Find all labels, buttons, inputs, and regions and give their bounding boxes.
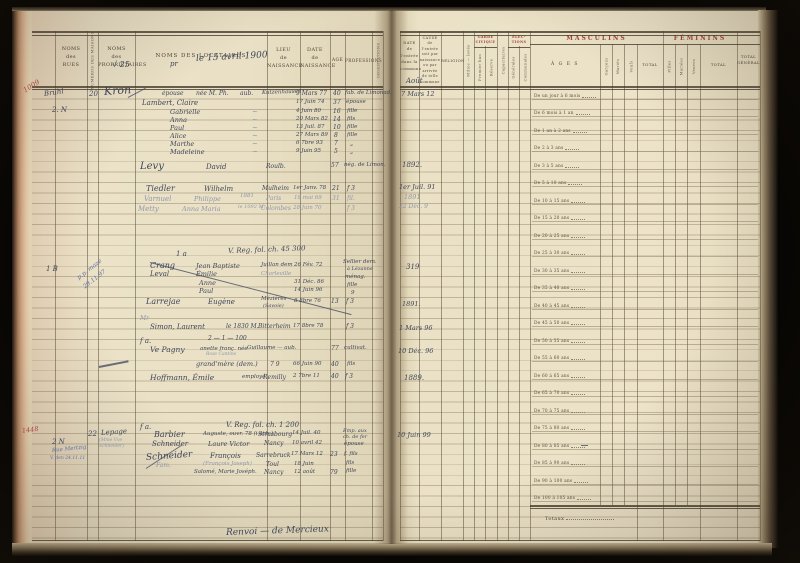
dotted-leader bbox=[571, 272, 585, 273]
age-range-label: De 60 à 65 ans bbox=[532, 374, 569, 379]
register-book-photo: NOMS des RUES NUMÉROS DES MAISONS NOMS d… bbox=[0, 0, 800, 563]
age-range-label: De 10 à 15 ans bbox=[532, 199, 569, 204]
handwritten-entry: Philippe bbox=[194, 195, 221, 203]
handwritten-entry: épouse bbox=[162, 90, 184, 97]
handwritten-entry: 17 8bre 78 bbox=[293, 323, 323, 329]
handwritten-entry: Colombes bbox=[261, 205, 291, 212]
age-range-label: De 70 à 75 ans bbox=[532, 409, 569, 414]
age-row: De 70 à 75 ans bbox=[532, 397, 758, 415]
handwritten-entry: ~ bbox=[252, 148, 258, 156]
handwritten-entry: Alice bbox=[170, 132, 186, 140]
handwritten-entry: Schneider) bbox=[99, 444, 124, 449]
age-row: De 75 à 80 ans bbox=[532, 415, 758, 433]
age-row: De 85 à 90 ans bbox=[532, 450, 758, 468]
column-rule bbox=[463, 31, 464, 541]
handwritten-entry: 1er Janv. 78 bbox=[293, 185, 326, 191]
handwritten-entry: Levy bbox=[140, 161, 164, 172]
handwritten-entry: „ bbox=[350, 148, 353, 155]
handwritten-entry: Guillaume bbox=[247, 345, 276, 351]
handwritten-entry: le 1830 M. bbox=[226, 323, 259, 330]
dotted-leader bbox=[571, 412, 585, 413]
handwritten-entry: 40 bbox=[331, 361, 339, 368]
handwritten-entry: √ 25 bbox=[112, 60, 130, 69]
dotted-leader bbox=[568, 184, 582, 185]
handwritten-entry: épouse bbox=[346, 99, 366, 105]
strike-mark bbox=[581, 445, 588, 446]
handwritten-entry: Fam. bbox=[156, 462, 171, 469]
age-row: De 6 mois à 1 an bbox=[532, 100, 758, 118]
column-rule bbox=[497, 31, 498, 541]
handwritten-entry: f 3 bbox=[347, 185, 355, 192]
handwritten-entry: 66 Juin 90 bbox=[293, 361, 322, 367]
handwritten-entry: Nancy bbox=[264, 440, 283, 447]
handwritten-entry: Rose Cantine bbox=[206, 352, 236, 357]
table-rule bbox=[400, 35, 760, 36]
handwritten-entry: Juillan dem bbox=[261, 262, 293, 268]
handwritten-entry: fille bbox=[347, 124, 357, 130]
column-rule bbox=[519, 46, 520, 541]
dotted-leader bbox=[565, 167, 579, 168]
handwritten-entry: employé bbox=[242, 374, 265, 380]
column-rule bbox=[135, 31, 136, 541]
column-rule bbox=[474, 31, 475, 541]
column-rule bbox=[330, 31, 331, 541]
handwritten-entry: 1881 bbox=[240, 193, 254, 199]
handwritten-entry: fil. bbox=[347, 195, 355, 202]
handwritten-entry: f 3 bbox=[345, 373, 353, 380]
age-row: De 90 à 100 ans bbox=[532, 467, 758, 485]
dotted-leader bbox=[571, 342, 585, 343]
handwritten-entry: fab. de Limonad. bbox=[345, 90, 392, 96]
handwritten-entry: 8 bbox=[334, 132, 338, 139]
handwritten-entry: 13 bbox=[331, 298, 339, 305]
handwritten-entry: ~ bbox=[252, 124, 258, 132]
age-row: De un jour à 6 mois bbox=[532, 82, 758, 100]
table-rule bbox=[530, 505, 760, 507]
handwritten-entry: f. fils bbox=[344, 451, 358, 457]
handwritten-entry: 1891. bbox=[402, 300, 421, 308]
handwritten-entry: Barbier bbox=[154, 430, 185, 439]
age-range-label: De 5 à 10 ans bbox=[532, 181, 566, 186]
handwritten-entry: ch. de fer bbox=[343, 434, 367, 440]
dotted-leader bbox=[577, 499, 591, 500]
handwritten-entry: 1889. bbox=[404, 374, 424, 382]
handwritten-entry: grand'mère (dem.) bbox=[196, 360, 258, 368]
handwritten-entry: 28 Juin 70 bbox=[293, 205, 322, 211]
handwritten-entry: Wilhelm bbox=[204, 185, 233, 193]
handwritten-entry: 7 Mars 12 bbox=[401, 90, 435, 98]
handwritten-entry: f 3 bbox=[346, 298, 354, 305]
handwritten-entry: 10 Déc. 96 bbox=[398, 347, 433, 355]
age-range-label: De un jour à 6 mois bbox=[532, 94, 580, 99]
handwritten-entry: Anna Maria bbox=[182, 205, 221, 213]
handwritten-entry: Varnuel bbox=[144, 195, 171, 203]
handwritten-entry: 79 bbox=[330, 469, 338, 476]
age-row: De 80 à 85 ans bbox=[532, 432, 758, 450]
age-row: De 35 à 40 ans bbox=[532, 275, 758, 293]
column-rule bbox=[441, 31, 442, 541]
dotted-leader bbox=[571, 447, 585, 448]
handwritten-entry: 10 bbox=[333, 124, 341, 131]
handwritten-entry: Nancy bbox=[264, 469, 283, 476]
age-range-label: De 30 à 35 ans bbox=[532, 269, 569, 274]
handwritten-entry: 10 avril 42 bbox=[292, 440, 322, 446]
age-row: De 40 à 45 ans bbox=[532, 292, 758, 310]
handwritten-entry: Hoffmann, Émile bbox=[150, 373, 214, 382]
handwritten-entry: Paul bbox=[199, 287, 213, 295]
handwritten-entry: Gabrielle bbox=[170, 108, 200, 116]
handwritten-entry: 12 août bbox=[294, 469, 315, 475]
handwritten-entry: Août bbox=[406, 77, 423, 85]
table-rule bbox=[530, 508, 760, 509]
handwritten-entry: f a. bbox=[140, 337, 151, 345]
handwritten-entry: fils bbox=[347, 116, 355, 122]
handwritten-entry: 1er Juil. 91 bbox=[399, 183, 436, 191]
handwritten-entry: née M. Ph. bbox=[196, 90, 229, 97]
handwritten-entry: 2 N bbox=[52, 438, 65, 446]
column-rule bbox=[760, 31, 761, 541]
dotted-leader bbox=[576, 114, 590, 115]
dotted-leader bbox=[571, 429, 585, 430]
handwritten-entry: fille bbox=[347, 282, 357, 288]
handwritten-entry: Paul bbox=[170, 124, 184, 132]
handwritten-entry: 31 Déc. 86 bbox=[294, 279, 324, 285]
table-rule bbox=[32, 540, 383, 541]
age-range-label: De 45 à 50 ans bbox=[532, 321, 569, 326]
handwritten-entry: 18 mai 69 bbox=[294, 195, 322, 201]
age-row: De 3 à 5 ans bbox=[532, 152, 758, 170]
handwritten-entry: aub. bbox=[240, 90, 253, 97]
handwritten-entry: f 3 bbox=[347, 205, 355, 212]
age-range-label: De 20 à 25 ans bbox=[532, 234, 569, 239]
handwritten-entry: 10 Juin 99 bbox=[397, 431, 431, 439]
column-rule bbox=[383, 31, 384, 541]
handwritten-entry: 14 bbox=[333, 116, 341, 123]
handwritten-entry: 37 bbox=[333, 99, 341, 106]
table-rule bbox=[32, 31, 383, 33]
handwritten-entry: Bitterheim bbox=[258, 323, 291, 330]
handwritten-entry: 9 bbox=[351, 290, 355, 296]
table-rule bbox=[530, 44, 760, 45]
handwritten-entry: nég. de Limon. bbox=[344, 162, 386, 168]
handwritten-entry: Eugène bbox=[208, 298, 235, 306]
age-row: De 10 à 15 ans bbox=[532, 187, 758, 205]
handwritten-entry: à Lézanne bbox=[347, 266, 373, 272]
register-reference: V. Reg. fol. ch. 1 200 bbox=[226, 421, 299, 429]
handwritten-entry: Metty bbox=[138, 205, 159, 213]
dotted-leader bbox=[565, 149, 579, 150]
handwritten-entry: „ bbox=[350, 140, 353, 147]
age-range-label: De 2 à 3 ans bbox=[532, 146, 563, 151]
handwritten-entry: f 3 bbox=[346, 323, 354, 330]
age-row: De 5 à 10 ans bbox=[532, 170, 758, 188]
handwritten-entry: ménag. bbox=[345, 274, 366, 280]
handwritten-entry: 9 Juin 95 bbox=[296, 148, 321, 154]
dotted-leader bbox=[573, 132, 587, 133]
age-range-label: De 35 à 40 ans bbox=[532, 286, 569, 291]
house-number: 20 bbox=[89, 90, 98, 98]
handwritten-entry: Marthe bbox=[170, 140, 194, 148]
handwritten-entry: 1 B bbox=[46, 265, 58, 273]
age-range-label: De 6 mois à 1 an bbox=[532, 111, 574, 116]
handwritten-entry: Madeleine bbox=[170, 148, 205, 156]
handwritten-entry: 1 a bbox=[176, 250, 187, 258]
age-row: De 2 à 3 ans bbox=[532, 135, 758, 153]
handwritten-entry: Simon, Laurent bbox=[150, 323, 205, 331]
handwritten-entry: fille bbox=[347, 108, 357, 114]
handwritten-entry: 31 bbox=[332, 195, 340, 202]
age-row: De 60 à 65 ans bbox=[532, 362, 758, 380]
handwritten-entry: Lambert, Claire bbox=[142, 99, 198, 107]
handwritten-entry: 5 bbox=[334, 148, 338, 155]
dotted-leader bbox=[582, 97, 596, 98]
handwritten-entry: Mr bbox=[140, 315, 149, 322]
column-rule bbox=[400, 31, 401, 541]
handwritten-entry: Tiedler bbox=[146, 184, 175, 193]
column-rule bbox=[485, 46, 486, 541]
dotted-leader bbox=[571, 359, 585, 360]
handwritten-entry: François bbox=[210, 452, 241, 460]
age-range-label: De 100 à 105 ans bbox=[532, 496, 575, 501]
handwritten-entry: 17 Mars 12 bbox=[291, 451, 323, 457]
age-row: De 15 à 20 ans bbox=[532, 205, 758, 223]
age-range-label: De 1 an à 2 ans bbox=[532, 129, 571, 134]
dotted-leader bbox=[571, 289, 585, 290]
handwritten-entry: Charleville bbox=[261, 271, 291, 277]
handwritten-entry: 6 7bre 93 bbox=[296, 140, 323, 146]
handwritten-entry: Schneider bbox=[152, 440, 188, 448]
age-range-label: De 50 à 55 ans bbox=[532, 339, 569, 344]
handwritten-entry: Sarrebruck bbox=[256, 452, 291, 459]
handwritten-entry: fille bbox=[346, 468, 356, 474]
handwritten-entry: 18 Juin bbox=[294, 461, 314, 467]
handwritten-entry: 27 Mars 89 bbox=[296, 132, 328, 138]
handwritten-entry: fille bbox=[347, 132, 357, 138]
age-range-label: De 15 à 20 ans bbox=[532, 216, 569, 221]
handwritten-entry: 2 — 1 — 100 bbox=[208, 335, 247, 342]
table-rule bbox=[508, 47, 530, 48]
dotted-leader bbox=[571, 237, 585, 238]
handwritten-entry: 17 Juin 74 bbox=[296, 99, 325, 105]
handwritten-entry: Larrejae bbox=[146, 297, 180, 306]
age-row: De 25 à 30 ans bbox=[532, 240, 758, 258]
dotted-leader bbox=[571, 219, 585, 220]
handwritten-entry: 4 Juin 80 bbox=[296, 108, 321, 114]
handwritten-entry: Anne bbox=[199, 279, 216, 287]
handwritten-entry: 40 bbox=[333, 90, 341, 97]
handwritten-entry: fils bbox=[346, 460, 354, 466]
handwritten-entry: 319 bbox=[406, 263, 419, 271]
handwritten-entry: 14 Juil. 40 bbox=[292, 430, 321, 436]
handwritten-entry: 13 Juil. 87 bbox=[296, 124, 325, 130]
dotted-leader bbox=[571, 464, 585, 465]
handwritten-entry: 21 bbox=[332, 185, 340, 192]
house-number: 22 bbox=[88, 430, 97, 438]
handwritten-entry: ~ bbox=[252, 116, 258, 124]
age-row: De 20 à 25 ans bbox=[532, 222, 758, 240]
dotted-leader bbox=[571, 202, 585, 203]
column-rule bbox=[419, 31, 420, 541]
photo-background: NOMS des RUES NUMÉROS DES MAISONS NOMS d… bbox=[0, 0, 800, 563]
dotted-leader bbox=[571, 394, 585, 395]
handwritten-entry: Strasbourg bbox=[258, 431, 292, 438]
handwritten-entry: 1892. bbox=[402, 161, 422, 169]
dotted-leader bbox=[571, 377, 585, 378]
table-rule bbox=[32, 35, 383, 36]
handwritten-entry: 1891 bbox=[404, 193, 421, 201]
handwritten-entry: Paris bbox=[266, 195, 281, 202]
table-rule bbox=[32, 86, 383, 88]
handwritten-entry: Mulheim bbox=[262, 185, 289, 192]
handwritten-entry: Ve Pagny bbox=[150, 345, 185, 354]
handwritten-entry: Jean Baptiste bbox=[196, 262, 240, 270]
handwritten-entry: 20 Mars 82 bbox=[296, 116, 328, 122]
handwritten-entry: ~ bbox=[252, 132, 258, 140]
handwritten-entry: 40 bbox=[331, 373, 339, 380]
column-rule bbox=[98, 31, 99, 541]
margin-annotation: V. den 24.11.11 bbox=[50, 456, 85, 461]
age-range-label: De 65 à 70 ans bbox=[532, 391, 569, 396]
table-rule bbox=[400, 540, 760, 541]
age-row: De 50 à 55 ans bbox=[532, 327, 758, 345]
dotted-leader bbox=[574, 482, 588, 483]
handwritten-entry: Salomé, Marie Joséph. bbox=[194, 469, 257, 475]
handwritten-entry: 7 bbox=[334, 140, 338, 147]
age-range-label: De 80 à 85 ans bbox=[532, 444, 569, 449]
handwritten-entry: fils bbox=[347, 361, 355, 367]
handwritten-entry: (Mme Vve bbox=[99, 438, 122, 443]
age-row: De 65 à 70 ans bbox=[532, 380, 758, 398]
age-range-label: De 75 à 80 ans bbox=[532, 426, 569, 431]
handwritten-entry: 9 Mars 77 bbox=[296, 90, 327, 97]
handwritten-entry: 57 bbox=[331, 162, 339, 169]
handwritten-entry: épouse bbox=[344, 441, 364, 447]
handwritten-entry: Toul bbox=[266, 461, 279, 468]
handwritten-entry: 22 Déc. 9 bbox=[399, 203, 428, 210]
column-rule bbox=[372, 31, 373, 541]
dotted-leader bbox=[571, 307, 585, 308]
handwritten-entry: ~ bbox=[252, 140, 258, 148]
age-row: De 55 à 60 ans bbox=[532, 345, 758, 363]
table-rule bbox=[400, 31, 760, 33]
handwritten-entry: Remilly bbox=[263, 374, 286, 381]
age-range-label: De 55 à 60 ans bbox=[532, 356, 569, 361]
column-rule bbox=[530, 31, 531, 541]
handwritten-entry: Laure Victor bbox=[208, 440, 249, 448]
handwritten-entry: ~ bbox=[252, 108, 258, 116]
handwritten-entry: 2 7bre 11 bbox=[293, 373, 320, 379]
dotted-leader bbox=[571, 254, 585, 255]
table-rule bbox=[474, 47, 497, 48]
handwritten-entry: (François Joseph) bbox=[203, 461, 252, 467]
handwritten-entry: (Savoie) bbox=[263, 303, 284, 309]
age-row: De 100 à 105 ans bbox=[532, 485, 758, 503]
handwritten-entry: 23 bbox=[330, 451, 338, 458]
handwritten-entry: 2. N bbox=[52, 106, 67, 114]
handwritten-entry: Leval bbox=[150, 270, 169, 278]
handwritten-entry: pr bbox=[170, 60, 178, 68]
handwritten-entry: Anna bbox=[170, 116, 187, 124]
age-range-label: De 3 à 5 ans bbox=[532, 164, 563, 169]
dotted-leader bbox=[571, 324, 585, 325]
column-rule bbox=[508, 31, 509, 541]
handwritten-entry: 7 9 bbox=[270, 361, 280, 368]
age-range-label: De 40 à 45 ans bbox=[532, 304, 569, 309]
handwritten-entry: Sellier dem. bbox=[343, 259, 377, 265]
age-row: De 30 à 35 ans bbox=[532, 257, 758, 275]
handwritten-entry: — aub. bbox=[277, 345, 296, 351]
age-row: De 45 à 50 ans bbox=[532, 310, 758, 328]
handwritten-entry: f a. bbox=[140, 423, 151, 431]
handwritten-entry: 77 bbox=[331, 345, 339, 352]
age-range-label: De 25 à 30 ans bbox=[532, 251, 569, 256]
handwritten-entry: David bbox=[206, 163, 226, 171]
handwritten-entry: 26 Fév. 72 bbox=[294, 262, 322, 268]
handwritten-entry: Roulb. bbox=[266, 163, 286, 170]
handwritten-entry: 1 Mars 96 bbox=[399, 324, 433, 332]
age-range-label: De 90 à 100 ans bbox=[532, 479, 572, 484]
age-row: De 1 an à 2 ans bbox=[532, 117, 758, 135]
handwritten-entry: 14 Juin 96 bbox=[294, 287, 323, 293]
age-range-label: De 85 à 90 ans bbox=[532, 461, 569, 466]
handwritten-entry: cultivat. bbox=[344, 345, 367, 351]
handwritten-entry: 16 bbox=[333, 108, 341, 115]
